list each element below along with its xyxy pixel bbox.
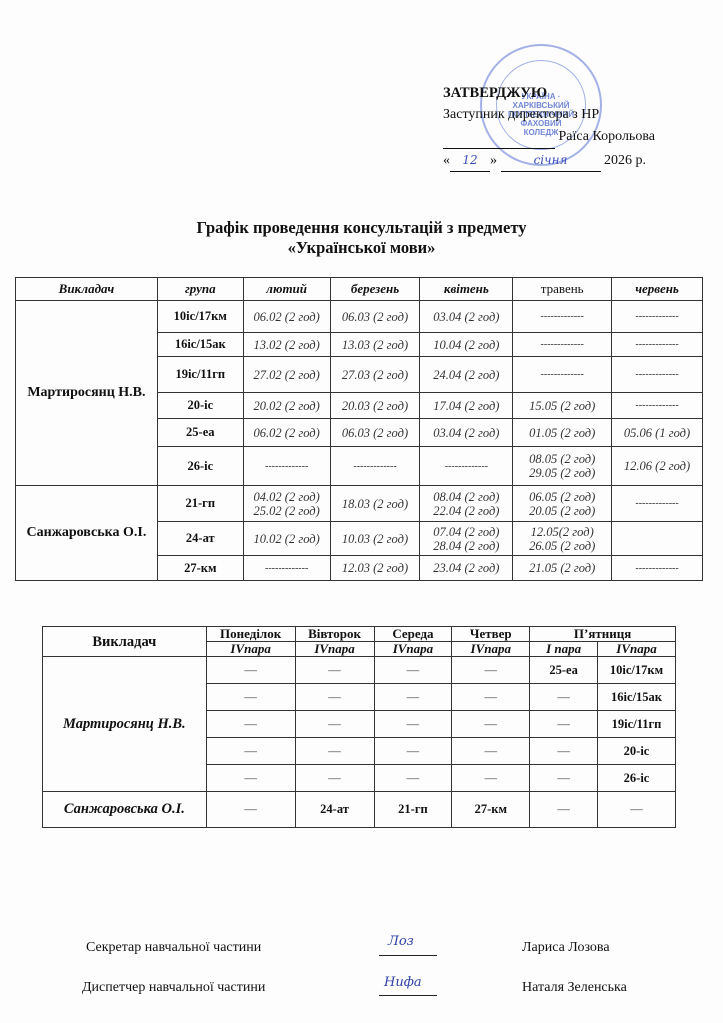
consultation-cell: 03.04 (2 год) [420, 419, 513, 447]
consultation-cell: ------------- [513, 357, 612, 393]
consultation-cell: 05.06 (1 год) [612, 419, 703, 447]
period-header: IVпара [374, 642, 452, 657]
day-header: П’ятниця [530, 627, 676, 642]
group-cell: 25-еа [157, 419, 243, 447]
schedule-cell: 24-ат [295, 792, 374, 828]
approval-date: «12» січня 2026 р. [443, 149, 655, 172]
consultation-cell: 24.04 (2 год) [420, 357, 513, 393]
column-header: Викладач [16, 278, 158, 301]
consultation-cell: ------------- [513, 333, 612, 357]
quote-open: « [443, 153, 450, 168]
schedule-cell: — [295, 738, 374, 765]
schedule-cell: — [374, 711, 452, 738]
period-header: IVпара [206, 642, 295, 657]
column-header: червень [612, 278, 703, 301]
consultation-cell: ------------- [612, 301, 703, 333]
schedule-cell: — [452, 711, 530, 738]
schedule-cell: — [374, 657, 452, 684]
consultation-cell: 20.02 (2 год) [243, 393, 330, 419]
consultation-cell: ------------- [612, 486, 703, 522]
schedule-cell: — [530, 711, 598, 738]
consultation-cell: 12.03 (2 год) [330, 556, 420, 581]
schedule-cell: — [452, 657, 530, 684]
consultation-cell: ------------- [243, 447, 330, 486]
schedule-cell: — [452, 738, 530, 765]
consultation-cell: 27.02 (2 год) [243, 357, 330, 393]
table-row: Мартиросянц Н.В.————25-еа10іс/17км [43, 657, 676, 684]
consultation-cell: 18.03 (2 год) [330, 486, 420, 522]
schedule-cell: — [598, 792, 676, 828]
schedule-cell: — [295, 765, 374, 792]
consultation-cell: 01.05 (2 год) [513, 419, 612, 447]
consultation-cell: 17.04 (2 год) [420, 393, 513, 419]
consultation-cell: 10.04 (2 год) [420, 333, 513, 357]
consultation-cell: 10.02 (2 год) [243, 522, 330, 556]
schedule-cell: — [530, 684, 598, 711]
date-month: січня [501, 149, 601, 172]
schedule-cell: 16іс/15ак [598, 684, 676, 711]
signature-line-1 [379, 955, 437, 956]
schedule-cell: — [206, 657, 295, 684]
date-day: 12 [450, 149, 490, 172]
consultation-cell: 03.04 (2 год) [420, 301, 513, 333]
consultation-cell: ------------- [612, 393, 703, 419]
column-header: квітень [420, 278, 513, 301]
signature-role-1: Секретар навчальної частини [86, 940, 261, 956]
consultation-cell: 07.04 (2 год) 28.04 (2 год) [420, 522, 513, 556]
consultation-cell: 13.02 (2 год) [243, 333, 330, 357]
consultation-cell: 15.05 (2 год) [513, 393, 612, 419]
schedule-cell: — [206, 684, 295, 711]
signature-scribble-2: Нифа [384, 975, 422, 990]
day-header: Понеділок [206, 627, 295, 642]
consultation-cell: 10.03 (2 год) [330, 522, 420, 556]
signature-role-2: Диспетчер навчальної частини [82, 980, 265, 996]
consultation-cell: 06.02 (2 год) [243, 419, 330, 447]
date-year: 2026 р. [604, 153, 646, 168]
group-cell: 16іс/15ак [157, 333, 243, 357]
approval-block: ЗАТВЕРДЖУЮ Заступник директора з НР Раїс… [443, 82, 655, 172]
consultation-cell: ------------- [612, 357, 703, 393]
schedule-cell: — [206, 792, 295, 828]
title-line-2: «Української мови» [0, 238, 723, 258]
schedule-cell: — [530, 792, 598, 828]
period-header: IVпара [295, 642, 374, 657]
weekly-schedule-table: Викладач Понеділок Вівторок Середа Четве… [42, 626, 676, 828]
consultations-header-row: Викладачгрупалютийберезеньквітеньтравень… [16, 278, 703, 301]
consultation-cell: 08.04 (2 год) 22.04 (2 год) [420, 486, 513, 522]
group-cell: 24-ат [157, 522, 243, 556]
period-header: IVпара [452, 642, 530, 657]
table-row: Санжаровська О.І.—24-ат21-гп27-км—— [43, 792, 676, 828]
schedule-cell: — [206, 711, 295, 738]
consultation-cell: ------------- [612, 333, 703, 357]
consultation-cell: 12.06 (2 год) [612, 447, 703, 486]
approver-position: Заступник директора з НР [443, 104, 655, 126]
column-header: березень [330, 278, 420, 301]
schedule-cell: — [206, 738, 295, 765]
column-header: група [157, 278, 243, 301]
day-header: Четвер [452, 627, 530, 642]
approver-signature-line: Раїса Корольова [443, 126, 655, 149]
consultation-cell: 13.03 (2 год) [330, 333, 420, 357]
consultation-cell: 06.02 (2 год) [243, 301, 330, 333]
group-cell: 27-км [157, 556, 243, 581]
schedule-cell: — [452, 765, 530, 792]
teacher-name: Мартиросянц Н.В. [43, 657, 207, 792]
table-row: Мартиросянц Н.В.10іс/17км06.02 (2 год)06… [16, 301, 703, 333]
schedule-cell: — [374, 684, 452, 711]
consultation-cell: 20.03 (2 год) [330, 393, 420, 419]
schedule-cell: — [295, 657, 374, 684]
teacher-name: Мартиросянц Н.В. [16, 301, 158, 486]
schedule-cell: — [295, 711, 374, 738]
schedule-cell: — [530, 738, 598, 765]
signature-name-1: Лариса Лозова [522, 940, 610, 956]
group-cell: 10іс/17км [157, 301, 243, 333]
consultation-cell: ------------- [330, 447, 420, 486]
approver-name: Раїса Корольова [559, 129, 655, 144]
consultation-cell [612, 522, 703, 556]
schedule-cell: — [374, 765, 452, 792]
signature-blank [443, 126, 555, 149]
schedule-cell: 20-іс [598, 738, 676, 765]
teacher-name: Санжаровська О.І. [43, 792, 207, 828]
consultations-table: Викладачгрупалютийберезеньквітеньтравень… [15, 277, 703, 581]
day-header: Середа [374, 627, 452, 642]
teacher-name: Санжаровська О.І. [16, 486, 158, 581]
consultation-cell: 12.05(2 год) 26.05 (2 год) [513, 522, 612, 556]
group-cell: 19іс/11гп [157, 357, 243, 393]
schedule-cell: — [530, 765, 598, 792]
consultation-cell: 27.03 (2 год) [330, 357, 420, 393]
consultation-cell: 21.05 (2 год) [513, 556, 612, 581]
schedule-cell: — [374, 738, 452, 765]
group-cell: 20-іс [157, 393, 243, 419]
signature-name-2: Наталя Зеленська [522, 980, 627, 996]
consultation-cell: 06.03 (2 год) [330, 301, 420, 333]
schedule-cell: — [206, 765, 295, 792]
consultation-cell: ------------- [420, 447, 513, 486]
consultation-cell: 06.05 (2 год) 20.05 (2 год) [513, 486, 612, 522]
weekly-teacher-header: Викладач [43, 627, 207, 657]
title-line-1: Графік проведення консультацій з предмет… [0, 218, 723, 238]
schedule-cell: 19іс/11гп [598, 711, 676, 738]
consultation-cell: 23.04 (2 год) [420, 556, 513, 581]
period-header: I пара [530, 642, 598, 657]
consultation-cell: 08.05 (2 год) 29.05 (2 год) [513, 447, 612, 486]
column-header: травень [513, 278, 612, 301]
group-cell: 21-гп [157, 486, 243, 522]
schedule-cell: 10іс/17км [598, 657, 676, 684]
schedule-cell: 26-іс [598, 765, 676, 792]
column-header: лютий [243, 278, 330, 301]
consultation-cell: 06.03 (2 год) [330, 419, 420, 447]
consultation-cell: ------------- [513, 301, 612, 333]
consultation-cell: 04.02 (2 год) 25.02 (2 год) [243, 486, 330, 522]
consultation-cell: ------------- [612, 556, 703, 581]
day-header: Вівторок [295, 627, 374, 642]
quote-close: » [490, 153, 497, 168]
consultation-cell: ------------- [243, 556, 330, 581]
signature-scribble-1: Лоз [388, 934, 414, 949]
group-cell: 26-іс [157, 447, 243, 486]
schedule-cell: — [452, 684, 530, 711]
document-title: Графік проведення консультацій з предмет… [0, 218, 723, 258]
schedule-cell: — [295, 684, 374, 711]
schedule-cell: 27-км [452, 792, 530, 828]
schedule-cell: 21-гп [374, 792, 452, 828]
period-header: IVпара [598, 642, 676, 657]
weekly-days-row: Викладач Понеділок Вівторок Середа Четве… [43, 627, 676, 642]
table-row: Санжаровська О.І.21-гп04.02 (2 год) 25.0… [16, 486, 703, 522]
signature-line-2 [379, 995, 437, 996]
approval-heading: ЗАТВЕРДЖУЮ [443, 82, 655, 104]
schedule-cell: 25-еа [530, 657, 598, 684]
